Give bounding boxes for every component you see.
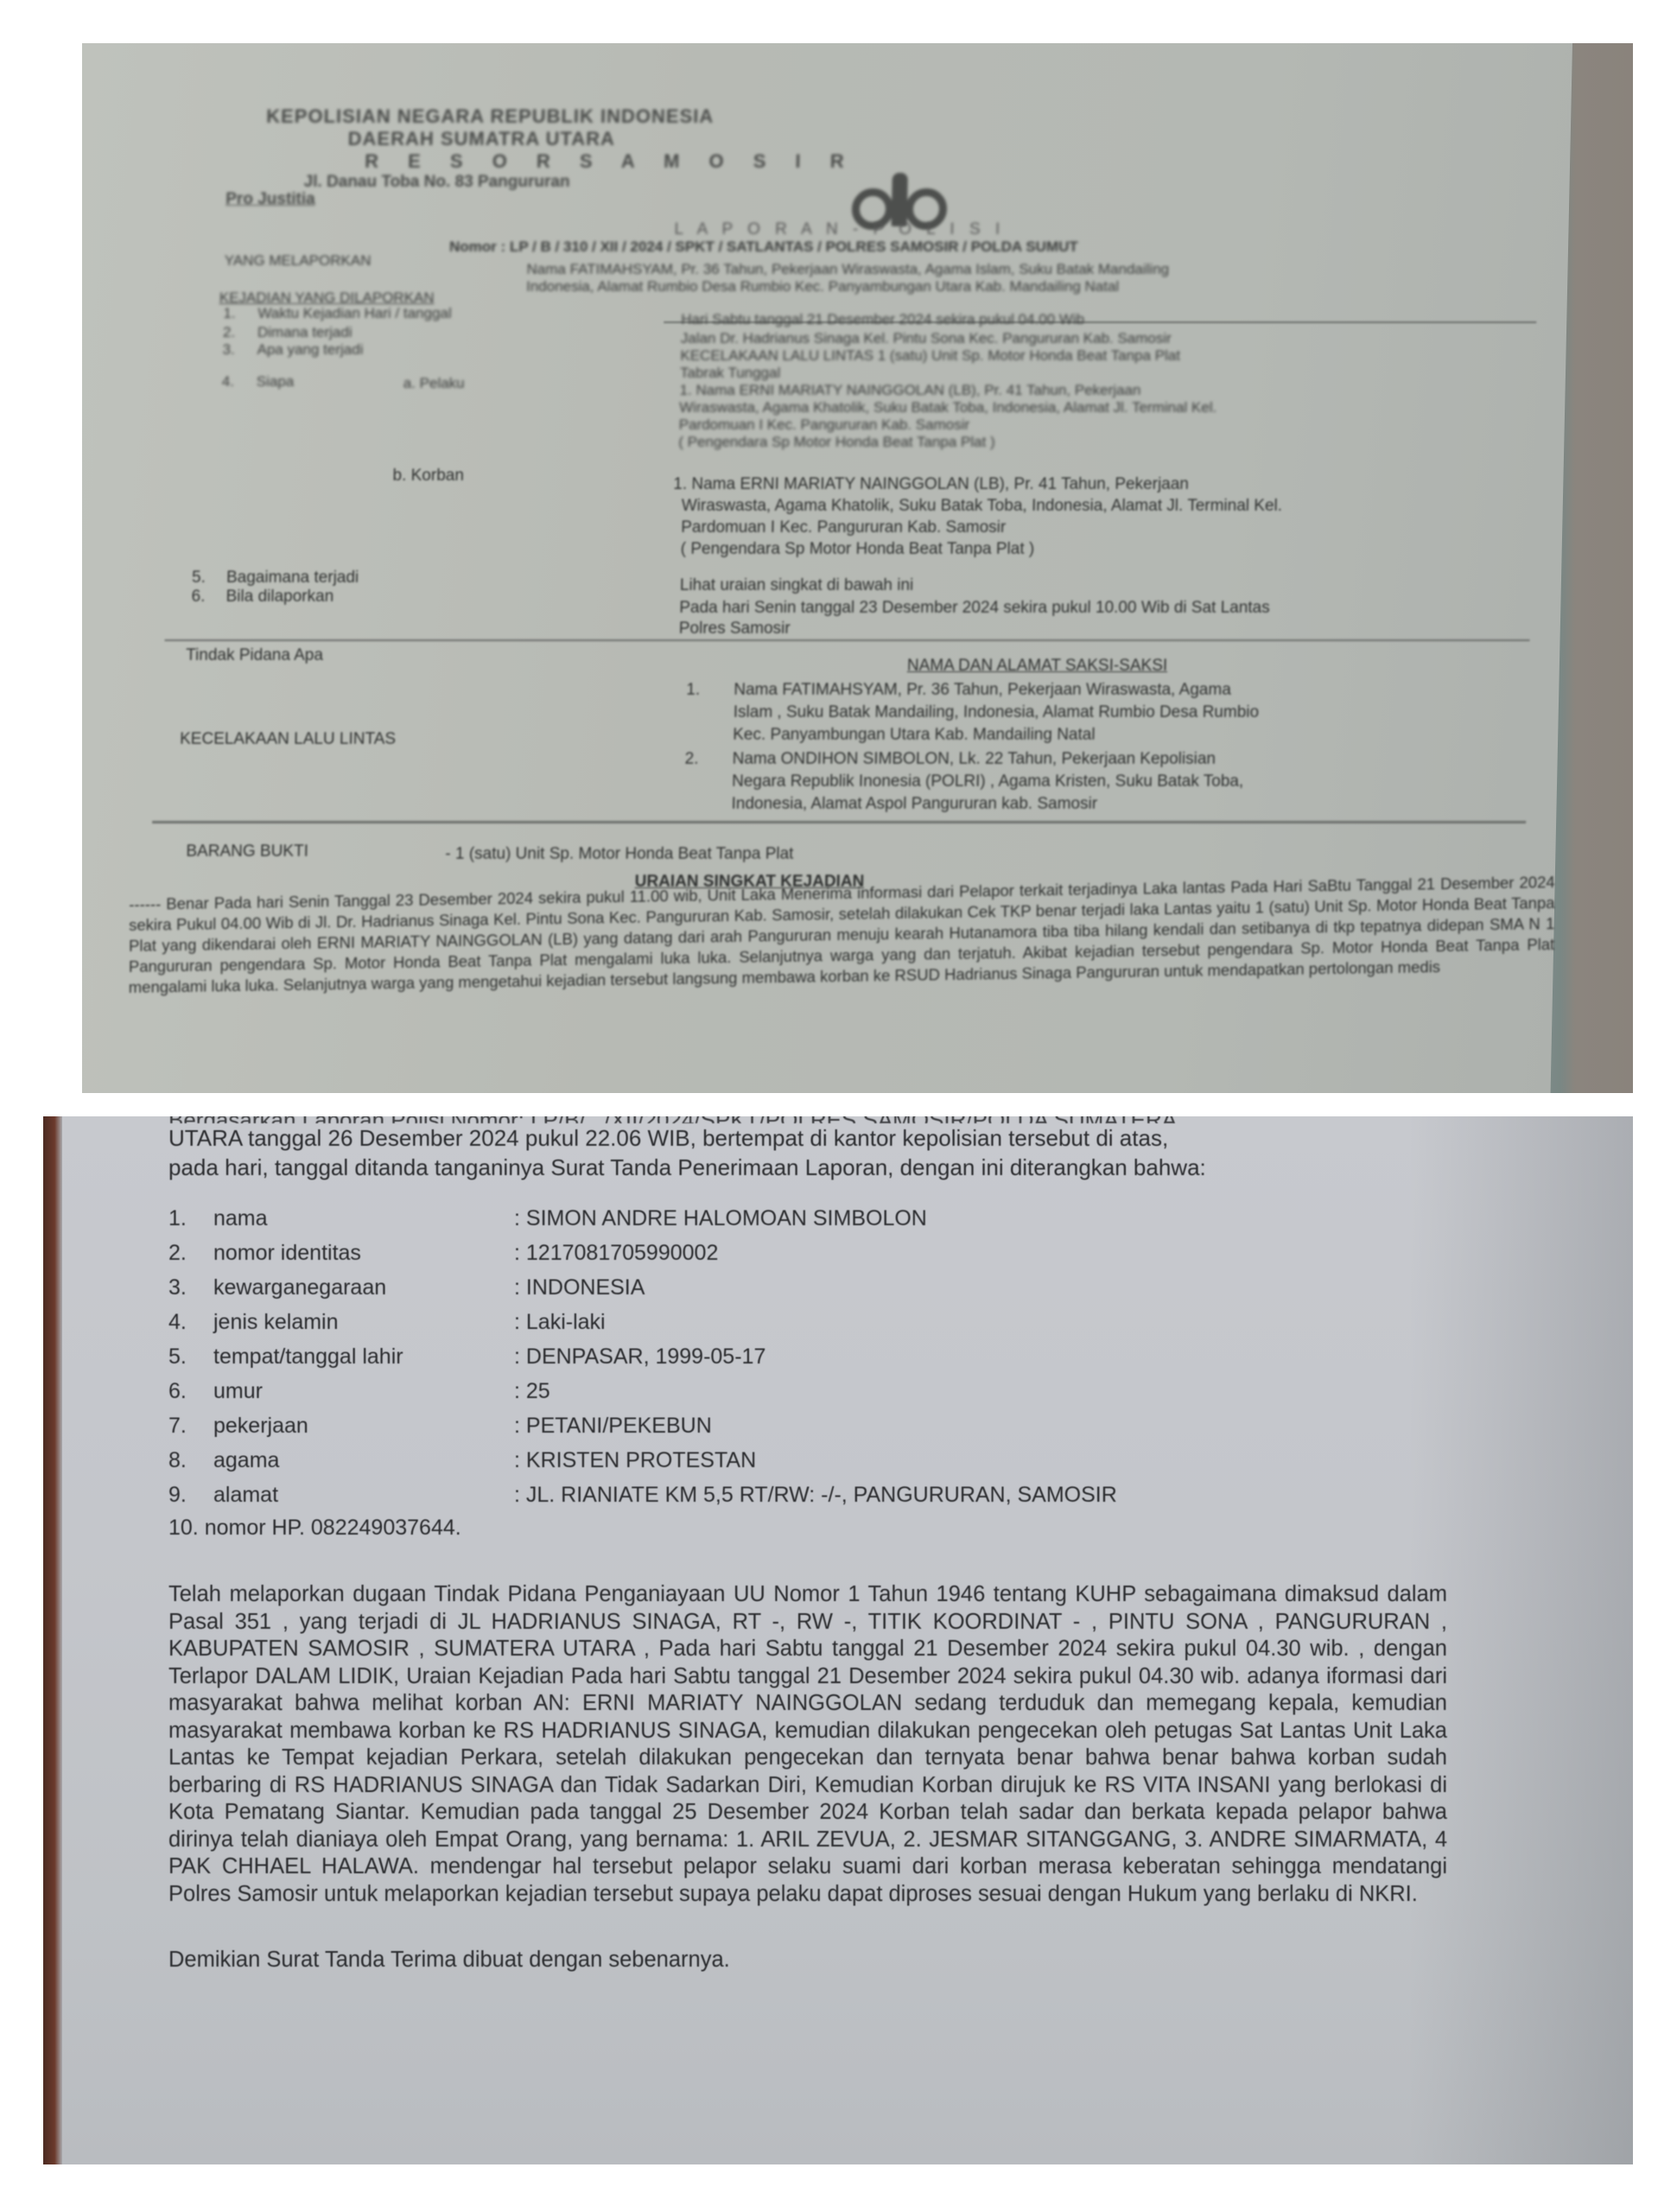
item6-value-line2: Polres Samosir <box>679 620 791 639</box>
field-nomor-identitas: 2. nomor identitas : 1217081705990002 <box>168 1236 1447 1270</box>
tindak-pidana-label: Tindak Pidana Apa <box>186 646 323 665</box>
tindak-pidana-value: KECELAKAAN LALU LINTAS <box>180 730 396 749</box>
field-alamat: 9. alamat : JL. RIANIATE KM 5,5 RT/RW: -… <box>168 1478 1447 1512</box>
cut-off-line: Berdasarkan Laporan Polisi Nomor: LP/B/.… <box>168 1116 1447 1123</box>
saksi1-num: 1. <box>686 681 700 700</box>
barang-bukti-label: BARANG BUKTI <box>186 842 308 861</box>
item4-label: Siapa <box>257 373 295 391</box>
item2-num: 2. <box>223 324 236 341</box>
saksi2-num: 2. <box>684 750 698 769</box>
pelaku-line2: Wiraswasta, Agama Khatolik, Suku Batak T… <box>679 399 1216 416</box>
closing-statement: Demikian Surat Tanda Terima dibuat denga… <box>168 1946 1447 1974</box>
item2-label: Dimana terjadi <box>257 324 353 341</box>
korban-line1: 1. Nama ERNI MARIATY NAINGGOLAN (LB), Pr… <box>673 475 1189 494</box>
surat-tanda-penerimaan-photo: Berdasarkan Laporan Polisi Nomor: LP/B/.… <box>43 1116 1633 2164</box>
barang-bukti-value: - 1 (satu) Unit Sp. Motor Honda Beat Tan… <box>445 845 794 864</box>
header-institution: KEPOLISIAN NEGARA REPUBLIK INDONESIA <box>266 105 715 128</box>
item1-value: Hari Sabtu tanggal 21 Desember 2024 seki… <box>681 311 1084 328</box>
reporter-label: YANG MELAPORKAN <box>225 252 372 270</box>
korban-label: b. Korban <box>392 467 464 486</box>
field-nama: 1. nama : SIMON ANDRE HALOMOAN SIMBOLON <box>168 1201 1447 1236</box>
saksi2-line2: Negara Republik Inonesia (POLRI) , Agama… <box>732 772 1244 791</box>
field-pekerjaan: 7. pekerjaan : PETANI/PEKEBUN <box>168 1408 1447 1443</box>
kejadian-heading: KEJADIAN YANG DILAPORKAN <box>219 289 435 307</box>
item3-num: 3. <box>222 341 235 359</box>
field-nomor-hp: 10. nomor HP. 082249037644. <box>168 1512 1447 1543</box>
item4-num: 4. <box>222 373 235 391</box>
saksi1-line1: Nama FATIMAHSYAM, Pr. 36 Tahun, Pekerjaa… <box>734 681 1231 700</box>
item5-label: Bagaimana terjadi <box>226 569 359 588</box>
item1-num: 1. <box>223 305 236 322</box>
korban-line4: ( Pengendara Sp Motor Honda Beat Tanpa P… <box>680 540 1034 559</box>
item5-num: 5. <box>192 569 206 588</box>
field-agama: 8. agama : KRISTEN PROTESTAN <box>168 1443 1447 1478</box>
reporter-identity-fields: 1. nama : SIMON ANDRE HALOMOAN SIMBOLON … <box>168 1201 1447 1543</box>
table-edge <box>43 1116 62 2164</box>
item6-label: Bila dilaporkan <box>226 588 333 607</box>
saksi1-line2: Islam , Suku Batak Mandailing, Indonesia… <box>734 703 1260 722</box>
field-tempat-tanggal-lahir: 5. tempat/tanggal lahir : DENPASAR, 1999… <box>168 1339 1447 1374</box>
saksi2-line1: Nama ONDIHON SIMBOLON, Lk. 22 Tahun, Pek… <box>732 750 1216 769</box>
saksi1-line3: Kec. Panyambungan Utara Kab. Mandailing … <box>733 726 1096 745</box>
item3-label: Apa yang terjadi <box>257 341 363 359</box>
item2-value: Jalan Dr. Hadrianus Sinaga Kel. Pintu So… <box>681 330 1172 347</box>
reporter-value-line1: Nama FATIMAHSYAM, Pr. 36 Tahun, Pekerjaa… <box>526 261 1169 278</box>
report-title: L A P O R A N - P O L I S I <box>674 220 1005 239</box>
pelaku-line1: 1. Nama ERNI MARIATY NAINGGOLAN (LB), Pr… <box>679 382 1140 399</box>
field-umur: 6. umur : 25 <box>168 1374 1447 1408</box>
item5-value: Lihat uraian singkat di bawah ini <box>680 576 914 595</box>
item3-value-line2: Tabrak Tunggal <box>680 365 781 382</box>
pelaku-line3: Pardomuan I Kec. Pangururan Kab. Samosir <box>679 416 970 434</box>
item4-sublabel: a. Pelaku <box>403 375 465 392</box>
pro-justitia: Pro Justitia <box>226 190 315 209</box>
korban-line3: Pardomuan I Kec. Pangururan Kab. Samosir <box>681 518 1006 537</box>
intro-line-1: UTARA tanggal 26 Desember 2024 pukul 22.… <box>168 1123 1447 1153</box>
korban-line2: Wiraswasta, Agama Khatolik, Suku Batak T… <box>682 497 1283 516</box>
field-kewarganegaraan: 3. kewarganegaraan : INDONESIA <box>168 1270 1447 1305</box>
item6-value-line1: Pada hari Senin tanggal 23 Desember 2024… <box>679 599 1270 618</box>
header-address: Jl. Danau Toba No. 83 Pangururan <box>303 173 569 192</box>
surat-tanda-penerimaan: Berdasarkan Laporan Polisi Nomor: LP/B/.… <box>168 1116 1447 1974</box>
item3-value-line1: KECELAKAAN LALU LINTAS 1 (satu) Unit Sp.… <box>680 347 1180 365</box>
uraian-text: ------ Benar Pada hari Senin Tanggal 23 … <box>129 872 1555 998</box>
report-number: Nomor : LP / B / 310 / XII / 2024 / SPKT… <box>449 238 1078 256</box>
item6-num: 6. <box>191 588 205 607</box>
laporan-polisi-paper: KEPOLISIAN NEGARA REPUBLIK INDONESIA DAE… <box>82 43 1572 1093</box>
header-region: DAERAH SUMATRA UTARA <box>347 128 615 150</box>
report-body: Telah melaporkan dugaan Tindak Pidana Pe… <box>168 1581 1447 1908</box>
reporter-value-line2: Indonesia, Alamat Rumbio Desa Rumbio Kec… <box>526 278 1119 296</box>
item1-label: Waktu Kejadian Hari / tanggal <box>257 305 452 322</box>
field-jenis-kelamin: 4. jenis kelamin : Laki-laki <box>168 1305 1447 1339</box>
header-resor: R E S O R S A M O S I R <box>365 150 856 173</box>
pelaku-line4: ( Pengendara Sp Motor Honda Beat Tanpa P… <box>678 434 995 451</box>
saksi-heading: NAMA DAN ALAMAT SAKSI-SAKSI <box>907 657 1168 676</box>
intro-line-2: pada hari, tanggal ditanda tanganinya Su… <box>168 1153 1447 1182</box>
laporan-polisi-photo: KEPOLISIAN NEGARA REPUBLIK INDONESIA DAE… <box>82 43 1633 1093</box>
saksi2-line3: Indonesia, Alamat Aspol Pangururan kab. … <box>731 795 1097 814</box>
